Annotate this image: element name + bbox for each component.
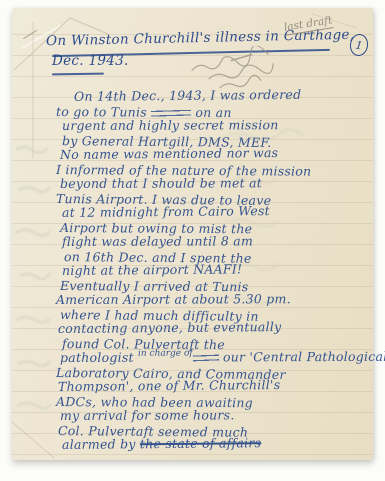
- manuscript-text-segment: pathologist: [60, 350, 138, 365]
- heading-underline-2: [52, 73, 104, 76]
- manuscript-line: at 12 midnight from Cairo West: [54, 203, 362, 220]
- manuscript-line: pathologist in charge of our 'Central Pa…: [54, 350, 362, 366]
- pencil-dash-mark: [23, 30, 37, 39]
- heading-line-2: Dec. 1943.: [52, 53, 129, 69]
- manuscript-line: alarmed by the state of affairs: [54, 435, 362, 452]
- manuscript-line: flight was delayed until 8 am: [54, 234, 362, 250]
- crossed-out-scribble: [193, 352, 219, 363]
- manuscript-text-segment: alarmed by: [62, 436, 140, 452]
- manuscript-text-segment: beyond that I should be met at: [60, 175, 262, 191]
- manuscript-text-segment: night at the airport NAAFI!: [62, 261, 242, 278]
- bleedthrough-marks-left: [12, 138, 54, 428]
- page-number-badge: 1: [349, 33, 370, 57]
- photo-background: On Winston Churchill's illness in Cartha…: [0, 0, 385, 481]
- manuscript-line: beyond that I should be met at: [54, 176, 362, 192]
- manuscript-line: night at the airport NAAFI!: [54, 261, 362, 278]
- manuscript-text-segment: contacting anyone, but eventually: [58, 319, 281, 336]
- manuscript-text-segment: at 12 midnight from Cairo West: [62, 203, 270, 220]
- manuscript-line: American Airport at about 5.30 pm.: [54, 292, 362, 308]
- manuscript-text-segment: the state of affairs: [140, 435, 262, 451]
- manuscript-text-segment: my arrival for some hours.: [60, 407, 235, 423]
- manuscript-text-segment: flight was delayed until 8 am: [62, 233, 253, 249]
- manuscript-line: contacting anyone, but eventually: [54, 319, 362, 336]
- manuscript-line: Thompson', one of Mr. Churchill's: [54, 377, 362, 394]
- manuscript-text-segment: On 14th Dec., 1943, I was ordered: [74, 87, 301, 104]
- manuscript-body: On 14th Dec., 1943, I was orderedto go t…: [54, 90, 362, 453]
- manuscript-text-segment: in charge of: [138, 347, 193, 362]
- manuscript-line: my arrival for some hours.: [54, 408, 362, 424]
- manuscript-text-segment: urgent and highly secret mission: [62, 117, 279, 133]
- manuscript-page: On Winston Churchill's illness in Cartha…: [12, 8, 373, 460]
- manuscript-text-segment: Thompson', one of Mr. Churchill's: [58, 377, 280, 394]
- manuscript-line: On 14th Dec., 1943, I was ordered: [54, 87, 362, 104]
- manuscript-line: No name was mentioned nor was: [54, 145, 362, 162]
- manuscript-text-segment: our 'Central Pathological: [219, 349, 385, 365]
- manuscript-line: urgent and highly secret mission: [54, 118, 362, 134]
- manuscript-text-segment: No name was mentioned nor was: [60, 145, 278, 162]
- manuscript-text-segment: American Airport at about 5.30 pm.: [56, 291, 291, 307]
